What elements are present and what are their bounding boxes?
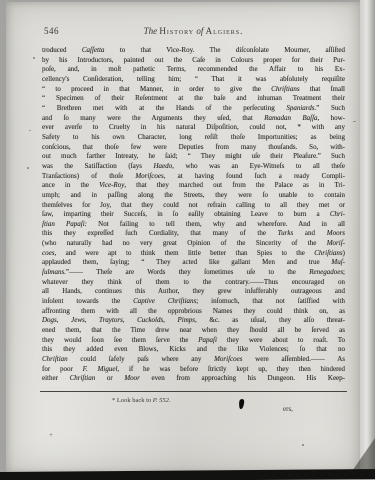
body-line: ever averſe to Cruelty in his natural Di… xyxy=(42,123,345,133)
body-line: out much farther Intreaty, he ſaid; “ Th… xyxy=(42,152,345,162)
body-line: by his Introductors, painted out the Caſ… xyxy=(42,56,345,66)
body-line: ſulmans.”—— Theſe are Words they ſometim… xyxy=(42,268,345,278)
title-word-history: History xyxy=(159,26,194,36)
body-line: Tranſactions) of thoſe Moriſcoes, at hav… xyxy=(42,172,345,182)
footnote-text: Look back to xyxy=(115,397,153,404)
body-line: troduced Caſſetta to that Vice-Roy. The … xyxy=(42,46,345,56)
body-line: Chriſtian could ſafely paſs where any Mo… xyxy=(42,355,345,365)
body-line: affronting them with all the opprobrious… xyxy=(42,307,345,317)
body-line: “ to proceed in that Manner, in order to… xyxy=(42,85,345,95)
title-word-of: of xyxy=(196,26,203,36)
body-line: poſe, and, in moſt pathetic Terms, recom… xyxy=(42,65,345,75)
body-line: and ſo many were the Arguments they uſed… xyxy=(42,114,345,124)
title-word-the: The xyxy=(144,26,158,36)
footnote-rule xyxy=(40,391,347,392)
body-line: whatever they think of them to the contr… xyxy=(42,278,345,288)
body-line: ſtian Papaſi: Not failing to tell them, … xyxy=(42,220,345,230)
body-line: was the Satiſfaction (ſays Haedo, who wa… xyxy=(42,162,345,172)
body-line: “ Specimen of their Reſentment at the ba… xyxy=(42,94,345,104)
speck xyxy=(27,167,29,169)
scanned-book-page: 546 The History of Algiers. troduced Caſ… xyxy=(0,0,375,480)
body-line: ſaw, imparting their Succeſs, in ſo eaſi… xyxy=(42,210,345,220)
catchword: ers, xyxy=(283,405,293,413)
speck xyxy=(353,121,356,122)
body-text: troduced Caſſetta to that Vice-Roy. The … xyxy=(42,46,345,384)
footnote: * Look back to P. 552. xyxy=(112,397,171,404)
body-line: Safety to his own Character, long reſiſt… xyxy=(42,133,345,143)
speck xyxy=(302,444,304,446)
speck xyxy=(33,57,35,59)
stray-plus-mark: + xyxy=(49,431,53,439)
speck xyxy=(29,130,31,131)
body-line: Dogs, Jews, Traytors, Cuckolds, Pimps, &… xyxy=(42,316,345,326)
body-line: coes, and were apt to think them little … xyxy=(42,249,345,259)
body-line: cellency's Conſideration, telling him; “… xyxy=(42,75,345,85)
body-line: applauded them, ſaying; “ They acted lik… xyxy=(42,258,345,268)
body-line: conſcious, that thoſe few were Deputies … xyxy=(42,143,345,153)
body-line: either Chriſtian or Moor even from appro… xyxy=(42,374,345,384)
body-line: for poor F. Miguel, if he was before ſtr… xyxy=(42,365,345,375)
title-word-algiers: Algiers. xyxy=(206,26,244,36)
page-header: 546 The History of Algiers. xyxy=(42,26,345,39)
body-line: they would ſoon ſee them ſerve the Papaſ… xyxy=(42,336,345,346)
body-line: all Hands, continues this Author, they g… xyxy=(42,287,345,297)
footnote-page-ref: P. 552. xyxy=(153,397,171,404)
body-line: ance in the Vice-Roy, that they marched … xyxy=(42,181,345,191)
body-line: inſolent towards the Captive Chriſtians;… xyxy=(42,297,345,307)
page-right-edge xyxy=(360,0,375,474)
body-line: themſelves for Joy, that they could not … xyxy=(42,201,345,211)
body-line: this they expreſſed ſuch Cordiality, tha… xyxy=(42,229,345,239)
scan-bottom-edge xyxy=(0,469,375,480)
body-line: umph; and in paſſing along the Streets, … xyxy=(42,191,345,201)
body-line: (who naturally had no very great Opinion… xyxy=(42,239,345,249)
body-line: “ Brethren met with at the Hands of the … xyxy=(42,104,345,114)
body-line: this they added even Blows, Kicks and th… xyxy=(42,345,345,355)
body-line: ened them, that the Time drew near when … xyxy=(42,326,345,336)
running-title: The History of Algiers. xyxy=(42,26,345,36)
